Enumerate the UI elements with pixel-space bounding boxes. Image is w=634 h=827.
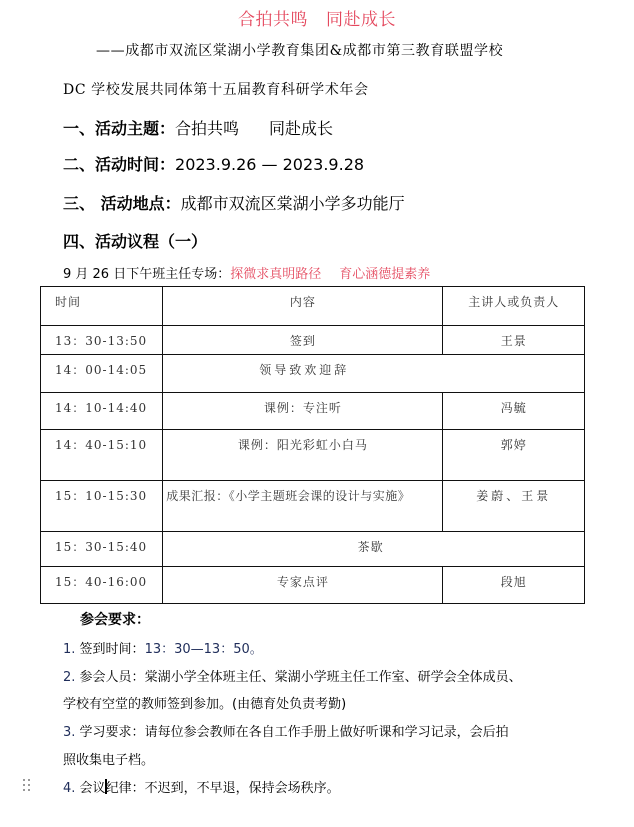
requirement-item: 1. 签到时间：13：30—13：50。	[63, 638, 263, 657]
row-speaker: 冯毓	[443, 393, 585, 430]
item-text: 不迟到，不早退，保持会场秩序。	[145, 781, 340, 796]
item-text: 13：30—13：50。	[145, 642, 263, 657]
session-line: 9 月 26 日下午班主任专场：探微求真明路径育心涵德提素养	[63, 263, 430, 282]
section-location: 三、 活动地点：成都市双流区棠湖小学多功能厅	[63, 191, 405, 214]
section-value-2: 同赴成长	[269, 119, 333, 138]
row-content: 成果汇报：《小学主题班会课的设计与实施》	[163, 481, 443, 532]
row-speaker: 王景	[443, 326, 585, 355]
table-row: 13：30-13:50 签到 王景	[41, 326, 585, 355]
requirements-title: 参会要求：	[80, 609, 150, 629]
header-content: 内容	[163, 287, 443, 326]
item-label: 参会人员：	[80, 670, 145, 685]
item-label: 签到时间：	[80, 642, 145, 657]
item-text: 请每位参会教师在各自工作手册上做好听课和学习记录，会后拍	[145, 725, 509, 740]
section-agenda-heading: 四、活动议程（一）	[63, 229, 207, 252]
section-label: 一、活动主题：	[63, 119, 175, 138]
requirement-item: 2. 参会人员：棠湖小学全体班主任、棠湖小学班主任工作室、研学会全体成员、	[63, 666, 522, 685]
item-number: 1.	[63, 642, 75, 657]
session-theme-2: 育心涵德提素养	[339, 267, 430, 282]
row-speaker: 段旭	[443, 567, 585, 604]
title-part-1: 合拍共鸣	[238, 10, 308, 30]
document-title: 合拍共鸣同赴成长	[0, 5, 634, 30]
section-label: 二、活动时间：	[63, 155, 175, 174]
row-content: 课例：专注听	[163, 393, 443, 430]
table-row: 15：30-15:40 茶歇	[41, 532, 585, 567]
document-subtitle: ——成都市双流区棠湖小学教育集团&成都市第三教育联盟学校	[96, 40, 503, 60]
row-time: 14：10-14:40	[41, 393, 163, 430]
section-label: 四、活动议程（一）	[63, 232, 207, 251]
section-label: 三、 活动地点：	[63, 194, 181, 213]
row-time: 15：10-15:30	[41, 481, 163, 532]
requirement-item[interactable]: 4. 会议纪律：不迟到，不早退，保持会场秩序。	[63, 777, 340, 796]
row-speaker: 姜蔚、王景	[443, 481, 585, 532]
table-row: 14：00-14:05 领导致欢迎辞	[41, 355, 585, 393]
item-number: 4.	[63, 781, 75, 796]
row-content: 茶歇	[163, 532, 585, 567]
requirement-item: 3. 学习要求：请每位参会教师在各自工作手册上做好听课和学习记录，会后拍	[63, 721, 509, 740]
agenda-table: 时间 内容 主讲人或负责人 13：30-13:50 签到 王景 14：00-14…	[40, 286, 585, 604]
row-time: 15：30-15:40	[41, 532, 163, 567]
requirement-item-continued: 照收集电子档。	[63, 749, 154, 768]
row-time: 15：40-16:00	[41, 567, 163, 604]
section-time: 二、活动时间：2023.9.26 — 2023.9.28	[63, 152, 364, 175]
table-header-row: 时间 内容 主讲人或负责人	[41, 287, 585, 326]
section-value: 合拍共鸣	[175, 119, 239, 138]
title-part-2: 同赴成长	[326, 10, 396, 30]
row-speaker: 郭婷	[443, 430, 585, 481]
item-number: 2.	[63, 670, 75, 685]
drag-handle-icon[interactable]	[23, 779, 33, 791]
item-label: 会议	[80, 781, 106, 796]
conference-name: DC 学校发展共同体第十五届教育科研学术年会	[63, 79, 369, 99]
table-row: 15：40-16:00 专家点评 段旭	[41, 567, 585, 604]
requirement-item-continued: 学校有空堂的教师签到参加。(由德育处负责考勤)	[63, 693, 346, 712]
section-value: 成都市双流区棠湖小学多功能厅	[181, 194, 405, 213]
item-text: 棠湖小学全体班主任、棠湖小学班主任工作室、研学会全体成员、	[145, 670, 522, 685]
item-label: 学习要求：	[80, 725, 145, 740]
item-label-2: 纪律：	[106, 781, 145, 796]
table-row: 15：10-15:30 成果汇报：《小学主题班会课的设计与实施》 姜蔚、王景	[41, 481, 585, 532]
table-row: 14：40-15:10 课例：阳光彩虹小白马 郭婷	[41, 430, 585, 481]
header-speaker: 主讲人或负责人	[443, 287, 585, 326]
row-content: 签到	[163, 326, 443, 355]
row-time: 13：30-13:50	[41, 326, 163, 355]
table-row: 14：10-14:40 课例：专注听 冯毓	[41, 393, 585, 430]
row-content: 领导致欢迎辞	[163, 355, 585, 393]
header-time: 时间	[41, 287, 163, 326]
section-value: 2023.9.26 — 2023.9.28	[175, 155, 364, 174]
row-time: 14：00-14:05	[41, 355, 163, 393]
row-content: 课例：阳光彩虹小白马	[163, 430, 443, 481]
session-theme-1: 探微求真明路径	[230, 267, 321, 282]
row-time: 14：40-15:10	[41, 430, 163, 481]
item-number: 3.	[63, 725, 75, 740]
session-prefix: 9 月 26 日下午班主任专场：	[63, 267, 230, 282]
row-content: 专家点评	[163, 567, 443, 604]
section-theme: 一、活动主题：合拍共鸣同赴成长	[63, 116, 333, 139]
